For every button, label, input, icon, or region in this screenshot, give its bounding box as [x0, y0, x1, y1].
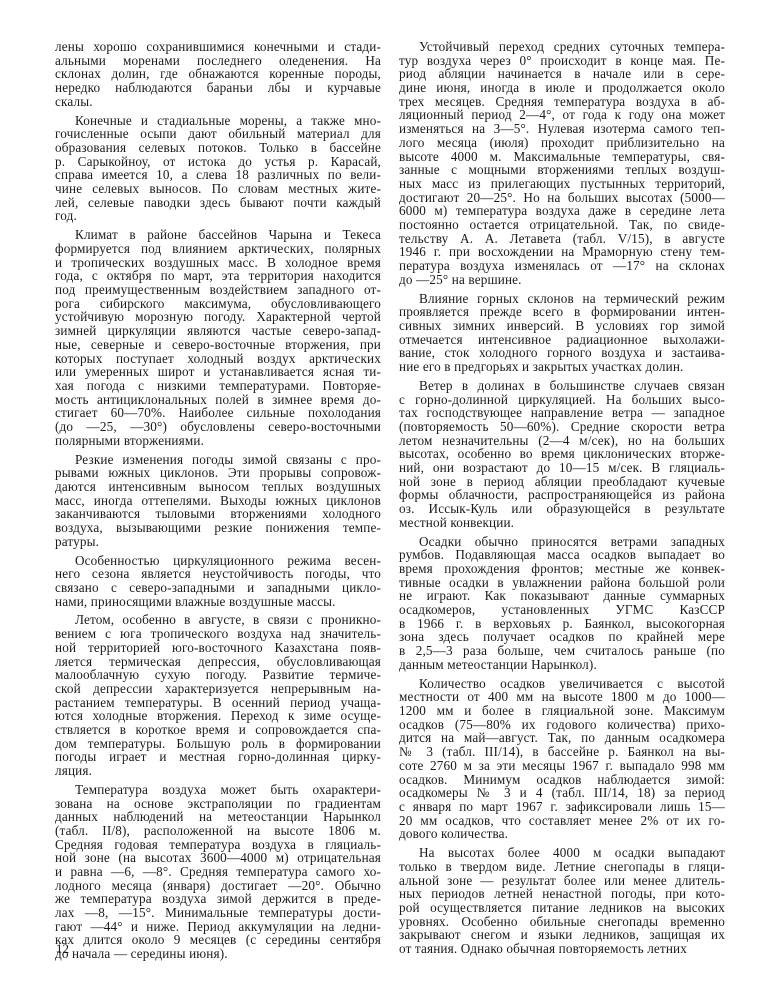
text-line: (до —25, —30°) обусловлены северо-восточ…	[55, 420, 381, 434]
text-line: тивные осадки в увлажнении района большо…	[399, 576, 725, 590]
text-line: воздуха, вызывающими резкие понижения те…	[55, 521, 381, 535]
text-line: время прохождения фронтов; местные же ко…	[399, 562, 725, 576]
text-line: постоянно остается отрицательной. Так, п…	[399, 218, 725, 232]
text-line: зона здесь получает осадков по крайней м…	[399, 630, 725, 644]
text-line: не играют. Как показывают данные суммарн…	[399, 589, 725, 603]
text-line: дится на май—август. Так, по данным осад…	[399, 731, 725, 745]
text-line: до начала — середины июня).	[55, 947, 381, 961]
text-line: под преимущественным воздействием западн…	[55, 283, 381, 297]
text-line: тельству А. А. Летавета (табл. V/15), в …	[399, 232, 725, 246]
text-line: зимней циркуляции являются частые северо…	[55, 324, 381, 338]
text-line: формы облачности, распространяющейся из …	[399, 488, 725, 502]
text-line: осадкомеры № 3 и 4 (табл. III/14, 18) за…	[399, 786, 725, 800]
text-line: осадков (75—80% их годового количества) …	[399, 718, 725, 732]
text-line: нами, приносящими влажные воздушные масс…	[55, 595, 381, 609]
text-line: дового количества.	[399, 827, 725, 841]
paragraph: Климат в районе бассейнов Чарына и Текес…	[55, 228, 381, 447]
text-line: сивных зимних инверсий. В условиях гор з…	[399, 319, 725, 333]
text-line: погоды играет и местная горно-долинная ц…	[55, 750, 381, 764]
text-line: чине селевых выносов. По словам местных …	[55, 182, 381, 196]
text-line: 20 мм осадков, что составляет менее 2% о…	[399, 814, 725, 828]
book-page: лены хорошо сохранившимися конечными и с…	[0, 0, 783, 1000]
text-line: ются холодные вторжения. Переход к зиме …	[55, 709, 381, 723]
text-line: уровнях. Особенно обильные снегопады вре…	[399, 915, 725, 929]
text-line: год.	[55, 209, 381, 223]
text-line: Резкие изменения погоды зимой связаны с …	[55, 453, 381, 467]
text-line: зована на основе экстраполяции по градие…	[55, 797, 381, 811]
text-line: Влияние горных склонов на термический ре…	[399, 292, 725, 306]
text-line: занные с мощными вторжениями теплых возд…	[399, 163, 725, 177]
text-line: с горно-долинной циркуляцией. На больших…	[399, 393, 725, 407]
text-line: или умеренных широт и устанавливается яс…	[55, 365, 381, 379]
text-line: соте 2760 м за эти месяцы 1967 г. выпада…	[399, 759, 725, 773]
paragraph: Особенностью циркуляционного режима весе…	[55, 554, 381, 609]
text-line: риод абляции начинается в начале или в с…	[399, 67, 725, 81]
text-line: нередко наблюдаются бараньи лбы и курчав…	[55, 81, 381, 95]
text-line: образования селевых потоков. Только в ба…	[55, 141, 381, 155]
paragraph: Устойчивый переход средних суточных темп…	[399, 40, 725, 286]
text-line: 6000 м) температура воздуха даже в серед…	[399, 204, 725, 218]
text-line: рывами южных циклонов. Эти прорывы сопро…	[55, 466, 381, 480]
text-line: данных наблюдений на метеостанции Нарынк…	[55, 810, 381, 824]
text-line: Устойчивый переход средних суточных темп…	[399, 40, 725, 54]
paragraph: Ветер в долинах в большинстве случаев св…	[399, 379, 725, 530]
text-line: мость антициклональных полей в зимнее вр…	[55, 393, 381, 407]
text-line: года, с октября по март, эта территория …	[55, 269, 381, 283]
text-line: ской депрессии характеризуется непрерывн…	[55, 682, 381, 696]
text-line: ных периодов летней ненастной погоды, пр…	[399, 887, 725, 901]
text-line: летом незначительны (2—4 м/сек), но на б…	[399, 434, 725, 448]
left-column: лены хорошо сохранившимися конечными и с…	[55, 40, 381, 961]
text-line: до —25° на вершине.	[399, 273, 725, 287]
text-line: оз. Иссык-Куль или образующейся в резуль…	[399, 502, 725, 516]
text-line: стигает 60—70%. Наиболее сильные похолод…	[55, 406, 381, 420]
text-line: и тропических воздушных масс. В холодное…	[55, 256, 381, 270]
text-line: проявляется прежде всего в формировании …	[399, 305, 725, 319]
text-line: румбов. Подавляющая масса осадков выпада…	[399, 548, 725, 562]
paragraph: Осадки обычно приносятся ветрами западны…	[399, 535, 725, 672]
text-line: ной зоне в период абляции преобладают ку…	[399, 475, 725, 489]
text-line: (повторяемость 50—60%). Средние скорости…	[399, 420, 725, 434]
text-line: местности от 400 мм на высоте 1800 м до …	[399, 690, 725, 704]
text-line: пература воздуха изменялась от —17° на с…	[399, 259, 725, 273]
text-line: которых поступает холодный воздух арктич…	[55, 352, 381, 366]
text-line: гочисленные осыпи дают обильный материал…	[55, 127, 381, 141]
text-line: заканчиваются тыловыми вторжениями холод…	[55, 507, 381, 521]
text-line: рога сибирского максимума, обусловливающ…	[55, 297, 381, 311]
text-line: же температура воздуха зимой держится в …	[55, 892, 381, 906]
text-line: 1946 г. при восхождении на Мраморную сте…	[399, 245, 725, 259]
text-line: ние его в предгорьях и закрытых участках…	[399, 360, 725, 374]
text-line: Климат в районе бассейнов Чарына и Текес…	[55, 228, 381, 242]
text-line: (табл. II/8), расположенной на высоте 18…	[55, 824, 381, 838]
text-line: тах господствующее направление ветра — з…	[399, 406, 725, 420]
text-line: трех месяцев. Средняя температура воздух…	[399, 95, 725, 109]
text-line: ляция.	[55, 764, 381, 778]
paragraph: Резкие изменения погоды зимой связаны с …	[55, 453, 381, 549]
text-line: даются интенсивным выносом теплых воздуш…	[55, 480, 381, 494]
paragraph: Температура воздуха может быть охарактер…	[55, 783, 381, 961]
text-line: в 2,5—3 раза больше, чем считалось раньш…	[399, 644, 725, 658]
text-line: Температура воздуха может быть охарактер…	[55, 783, 381, 797]
paragraph: Влияние горных склонов на термический ре…	[399, 292, 725, 374]
text-line: ствляется в короткое время и сопровождае…	[55, 723, 381, 737]
text-line: ках длится около 9 месяцев (с середины с…	[55, 933, 381, 947]
text-line: устойчивую морозную погоду. Характерной …	[55, 310, 381, 324]
text-line: данным метеостанции Нарынкол).	[399, 658, 725, 672]
text-line: вание, сток холодного горного воздуха и …	[399, 346, 725, 360]
paragraph: На высотах более 4000 м осадки выпадаютт…	[399, 846, 725, 956]
text-line: формируется под влиянием арктических, по…	[55, 242, 381, 256]
text-line: Летом, особенно в августе, в связи с про…	[55, 613, 381, 627]
text-line: ляционный период 2—4°, от года к году он…	[399, 108, 725, 122]
text-line: малооблачную сухую погоду. Развитие терм…	[55, 668, 381, 682]
text-line: склонах долин, где обнажаются коренные п…	[55, 67, 381, 81]
text-line: 1200 мм и более в гляциальной зоне. Макс…	[399, 704, 725, 718]
text-line: полярными вторжениями.	[55, 434, 381, 448]
text-line: Средняя годовая температура воздуха в гл…	[55, 838, 381, 852]
text-line: скалы.	[55, 95, 381, 109]
text-line: ляется термическая депрессия, обусловлив…	[55, 655, 381, 669]
text-line: лены хорошо сохранившимися конечными и с…	[55, 40, 381, 54]
text-line: вением с юга тропического воздуха над зн…	[55, 627, 381, 641]
text-line: масс, иногда оттепелями. Выходы южных ци…	[55, 494, 381, 508]
text-line: альными моренами последнего оледенения. …	[55, 54, 381, 68]
text-line: Особенностью циркуляционного режима весе…	[55, 554, 381, 568]
text-line: ных масс из прилегающих пустынных террит…	[399, 177, 725, 191]
right-column: Устойчивый переход средних суточных темп…	[399, 40, 725, 956]
text-line: осадков. Минимум осадков наблюдается зим…	[399, 773, 725, 787]
text-line: с января по март 1967 г. зафиксировали л…	[399, 800, 725, 814]
text-line: осадкомеров, установленных УГМС КазССР	[399, 603, 725, 617]
text-line: р. Сарыкойноу, от истока до устья р. Кар…	[55, 155, 381, 169]
text-line: связано с северо-западными и западными ц…	[55, 581, 381, 595]
paragraph: Количество осадков увеличивается с высот…	[399, 677, 725, 841]
text-line: закрывают снегом и языки ледников, защищ…	[399, 928, 725, 942]
paragraph: Летом, особенно в августе, в связи с про…	[55, 613, 381, 777]
text-line: ной зоне (на высотах 3600—4000 м) отрица…	[55, 851, 381, 865]
text-line: в 1966 г. в верховьях р. Баянкол, высоко…	[399, 617, 725, 631]
text-line: хая погода с низкими температурами. Повт…	[55, 379, 381, 393]
text-line: дине июня, иногда в июле и продолжается …	[399, 81, 725, 95]
text-line: тур воздуха через 0° происходит в конце …	[399, 54, 725, 68]
text-line: высоте 4000 м. Максимальные температуры,…	[399, 150, 725, 164]
text-line: изменяться на 3—5°. Нулевая изотерма сам…	[399, 122, 725, 136]
text-line: справа имеется 10, а слева 18 различных …	[55, 168, 381, 182]
text-line: высотах, особенно во время циклонических…	[399, 447, 725, 461]
text-line: гают —44° и ниже. Период аккумуляции на …	[55, 920, 381, 934]
text-line: растанием температуры. В осенний период …	[55, 696, 381, 710]
text-line: лого месяца (июля) проходит приблизитель…	[399, 136, 725, 150]
text-line: местной конвекции.	[399, 516, 725, 530]
text-line: ные, северные и северо-восточные вторжен…	[55, 338, 381, 352]
text-line: ний, они возрастают до 10—15 м/сек. В гл…	[399, 461, 725, 475]
paragraph: лены хорошо сохранившимися конечными и с…	[55, 40, 381, 108]
text-line: лодного месяца (января) достигает —20°. …	[55, 879, 381, 893]
text-line: № 3 (табл. III/14), в бассейне р. Баянко…	[399, 745, 725, 759]
text-line: Ветер в долинах в большинстве случаев св…	[399, 379, 725, 393]
text-line: лах —8, —15°. Минимальные температуры до…	[55, 906, 381, 920]
text-line: только в твердом виде. Летние снегопады …	[399, 860, 725, 874]
text-line: Осадки обычно приносятся ветрами западны…	[399, 535, 725, 549]
text-line: от таяния. Однако обычная повторяемость …	[399, 942, 725, 956]
text-line: ратуры.	[55, 535, 381, 549]
text-line: достигают 20—25°. Но на больших высотах …	[399, 191, 725, 205]
text-line: лей, селевые паводки здесь бывают почти …	[55, 196, 381, 210]
text-line: ной территорией юго-восточного Казахстан…	[55, 641, 381, 655]
paragraph: Конечные и стадиальные морены, а также м…	[55, 114, 381, 224]
page-number: 12	[56, 941, 69, 957]
text-line: дом температуры. Большую роль в формиров…	[55, 737, 381, 751]
text-line: рой осуществляется питание ледников на в…	[399, 901, 725, 915]
text-line: На высотах более 4000 м осадки выпадают	[399, 846, 725, 860]
text-line: Конечные и стадиальные морены, а также м…	[55, 114, 381, 128]
text-line: альной зоне — результат более или менее …	[399, 874, 725, 888]
text-line: отмечается интенсивное радиационное выхо…	[399, 333, 725, 347]
text-line: него сезона является неустойчивость пого…	[55, 567, 381, 581]
text-line: и равна —6, —8°. Средняя температура сам…	[55, 865, 381, 879]
text-line: Количество осадков увеличивается с высот…	[399, 677, 725, 691]
